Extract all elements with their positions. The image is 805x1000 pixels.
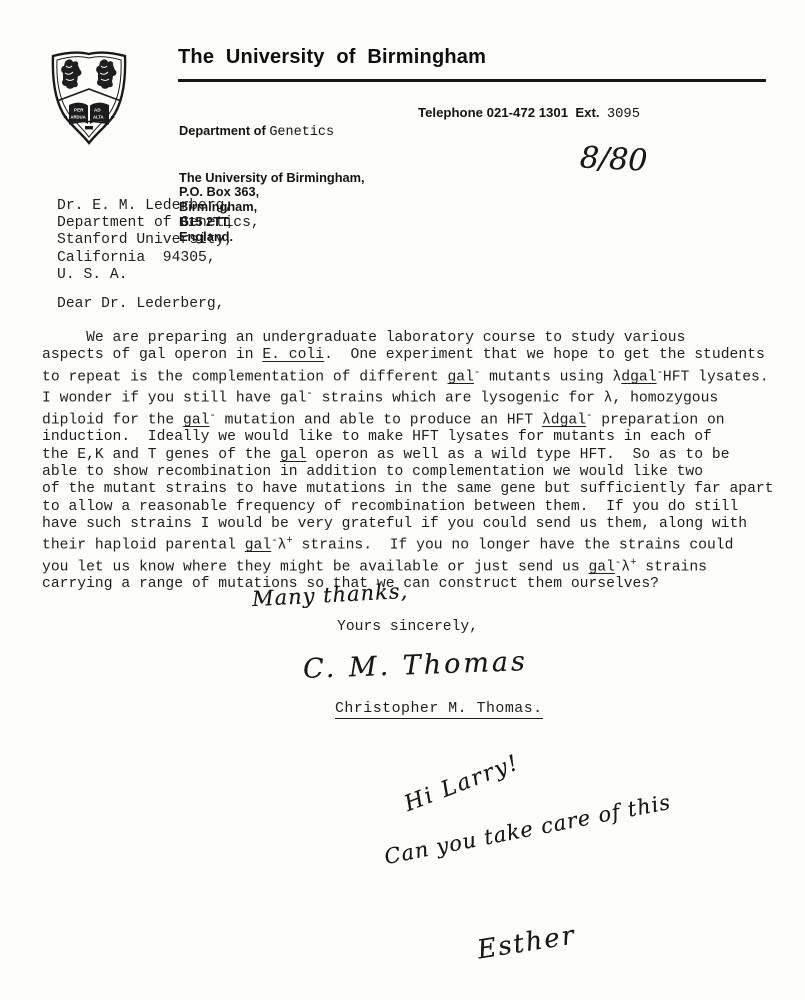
body-text: the E,K and T genes of the xyxy=(42,447,280,463)
recipient-address-line: Dr. E. M. Lederberg, xyxy=(57,198,260,215)
salutation: Dear Dr. Lederberg, xyxy=(57,296,224,312)
body-text: operon as well as a wild type HFT. So as… xyxy=(306,447,729,463)
extension-label: Ext. xyxy=(575,105,599,120)
recipient-address-block: Dr. E. M. Lederberg,Department of Geneti… xyxy=(57,198,260,284)
department-line: Department of Genetics xyxy=(179,124,365,141)
body-text: I wonder if you still have gal xyxy=(42,390,306,406)
body-text: strains. If you no longer have the strai… xyxy=(293,537,734,553)
body-text: to repeat is the complementation of diff… xyxy=(42,369,447,385)
crest-lion-left-icon xyxy=(61,59,81,88)
body-line: to allow a reasonable frequency of recom… xyxy=(42,499,805,516)
body-line: induction. Ideally we would like to make… xyxy=(42,429,805,446)
letter-body: We are preparing an undergraduate labora… xyxy=(42,330,805,594)
university-crest-icon: PER AD ARDUA ALTA xyxy=(46,46,132,152)
body-text: able to show recombination in addition t… xyxy=(42,464,703,480)
body-line: of the mutant strains to have mutations … xyxy=(42,481,805,498)
body-line: have such strains I would be very gratef… xyxy=(42,516,805,533)
body-text: preparation on xyxy=(592,412,724,428)
body-text: mutants using λ xyxy=(480,369,621,385)
underlined-term: gal xyxy=(245,537,271,553)
body-text: . One experiment that we hope to get the… xyxy=(324,347,765,363)
body-line: I wonder if you still have gal- strains … xyxy=(42,386,805,408)
crest-motto-word: ALTA xyxy=(93,115,104,120)
body-text: to allow a reasonable frequency of recom… xyxy=(42,499,738,515)
underlined-term: gal xyxy=(588,559,614,575)
extension-number: 3095 xyxy=(607,107,640,122)
recipient-address-line: Department of Genetics, xyxy=(57,215,260,232)
body-line: carrying a range of mutations so that we… xyxy=(42,576,805,593)
body-text: strains xyxy=(636,559,707,575)
handwritten-signature: C. M. Thomas xyxy=(303,646,529,685)
body-text: diploid for the xyxy=(42,412,183,428)
crest-lion-right-icon xyxy=(96,59,116,88)
body-line: diploid for the gal- mutation and able t… xyxy=(42,408,805,430)
telephone-line: Telephone 021-472 1301 Ext. 3095 xyxy=(418,105,640,122)
handwritten-second-signature: Esther xyxy=(475,920,578,965)
crest-open-book-icon: PER AD ARDUA ALTA xyxy=(63,103,115,130)
crest-motto-word: ARDUA xyxy=(71,115,86,120)
department-label: Department of xyxy=(179,123,266,138)
body-line: to repeat is the complementation of diff… xyxy=(42,365,805,387)
department-name: Genetics xyxy=(269,125,334,140)
underlined-term: dgal xyxy=(621,369,656,385)
body-text: mutation and able to produce an HFT xyxy=(216,412,542,428)
body-line: aspects of gal operon in E. coli. One ex… xyxy=(42,347,805,364)
body-text: their haploid parental xyxy=(42,537,245,553)
underlined-term: λdgal xyxy=(542,412,586,428)
letterhead-address-line: The University of Birmingham, xyxy=(179,171,365,186)
handwritten-date: 8/80 xyxy=(579,140,648,178)
body-text: of the mutant strains to have mutations … xyxy=(42,481,774,497)
telephone-number: Telephone 021-472 1301 xyxy=(418,105,568,120)
recipient-address-line: Stanford University, xyxy=(57,232,260,249)
scanned-letter-page: PER AD ARDUA ALTA The University of Birm… xyxy=(0,0,805,1000)
underlined-term: E. coli xyxy=(262,347,324,363)
body-line: their haploid parental gal-λ+ strains. I… xyxy=(42,533,805,555)
crest-chevron xyxy=(57,89,121,101)
recipient-address-line: U. S. A. xyxy=(57,267,260,284)
header-rule xyxy=(178,79,766,82)
underlined-term: gal xyxy=(183,412,209,428)
closing-line: Yours sincerely, xyxy=(337,619,478,635)
body-text: aspects of gal operon in xyxy=(42,347,262,363)
body-text: induction. Ideally we would like to make… xyxy=(42,429,712,445)
body-text: λ xyxy=(621,559,630,575)
underlined-term: gal xyxy=(447,369,473,385)
body-text: strains which are lysogenic for λ, homoz… xyxy=(313,390,718,406)
body-text: HFT lysates. xyxy=(663,369,769,385)
body-line: the E,K and T genes of the gal operon as… xyxy=(42,447,805,464)
university-crest: PER AD ARDUA ALTA xyxy=(46,46,132,152)
body-text: We are preparing an undergraduate labora… xyxy=(42,330,685,346)
university-title: The University of Birmingham xyxy=(178,46,486,69)
typed-signature-name: Christopher M. Thomas. xyxy=(335,701,543,719)
body-line: able to show recombination in addition t… xyxy=(42,464,805,481)
body-line: you let us know where they might be avai… xyxy=(42,555,805,577)
crest-motto-word: AD xyxy=(94,108,101,113)
body-text: have such strains I would be very gratef… xyxy=(42,516,747,532)
handwritten-note-line-1: Hi Larry! xyxy=(401,750,523,817)
crest-motto-word: PER xyxy=(74,108,84,113)
body-text: you let us know where they might be avai… xyxy=(42,559,588,575)
recipient-address-line: California 94305, xyxy=(57,250,260,267)
body-line: We are preparing an undergraduate labora… xyxy=(42,330,805,347)
underlined-term: gal xyxy=(280,447,306,463)
